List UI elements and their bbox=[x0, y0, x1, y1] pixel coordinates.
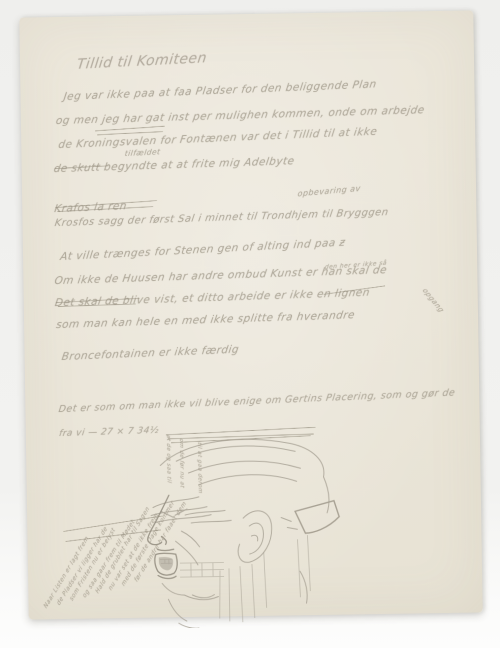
handwriting-line: og men jeg har gat inst per mulighen kom… bbox=[55, 104, 425, 127]
handwriting-line: til at gaa derom bbox=[196, 442, 203, 494]
handwriting-line: opgang bbox=[420, 287, 445, 314]
handwriting-line: som man kan hele en med ikke splitte fra… bbox=[55, 309, 355, 331]
manuscript-paper: Tillid til Komiteen bbox=[19, 10, 482, 619]
handwriting-line: tilfældet bbox=[124, 147, 161, 158]
page-title: Tillid til Komiteen bbox=[76, 50, 208, 73]
handwriting-line: Om ikke de Huusen har andre ombud Kunst … bbox=[54, 264, 388, 287]
handwriting-line: At ville trænges for Stenen gen of altin… bbox=[59, 237, 346, 264]
handwriting-line: Jeg var ikke paa at faa Pladser for den … bbox=[63, 78, 378, 103]
handwriting-line: om de før nu at bbox=[178, 438, 185, 488]
handwriting-line: opbevaring av bbox=[297, 184, 361, 199]
handwriting-line: Det skal de blive vist, et ditto arbeide… bbox=[54, 287, 371, 310]
handwriting-line: de skutt begyndte at at frite mig Adelby… bbox=[53, 155, 295, 175]
scan-background: Tillid til Komiteen bbox=[0, 0, 500, 648]
handwriting-line: Broncefontainen er ikke færdig bbox=[61, 344, 240, 364]
handwriting-line: Det er som om man ikke vil blive enige o… bbox=[58, 387, 456, 415]
